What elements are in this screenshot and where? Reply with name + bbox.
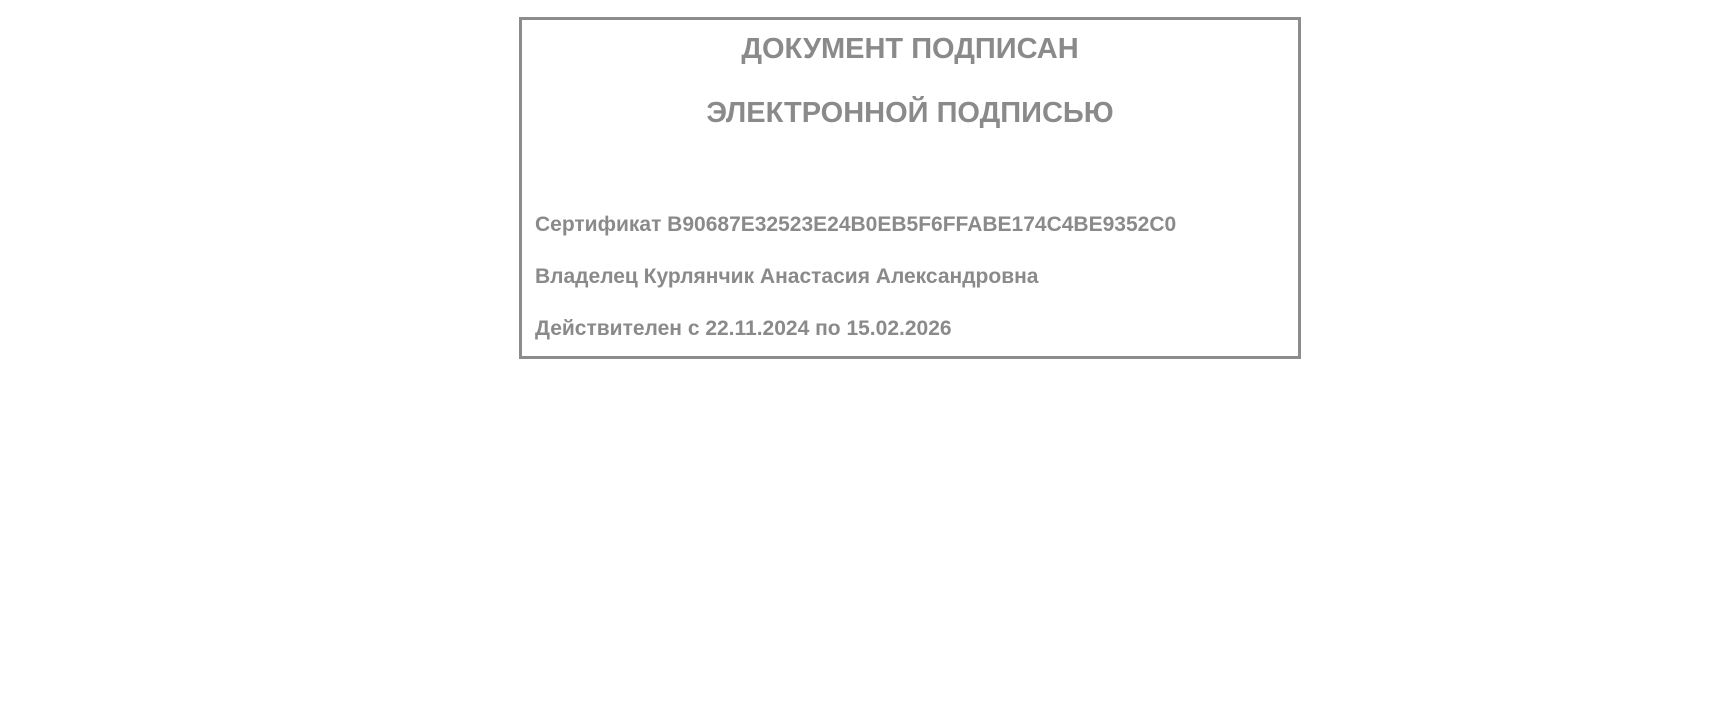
stamp-title-line-2: ЭЛЕКТРОННОЙ ПОДПИСЬЮ	[522, 97, 1298, 130]
certificate-owner: Владелец Курлянчик Анастасия Александров…	[535, 265, 1038, 289]
stamp-title-line-1: ДОКУМЕНТ ПОДПИСАН	[522, 33, 1298, 66]
certificate-number: Сертификат B90687E32523E24B0EB5F6FFABE17…	[535, 213, 1176, 237]
electronic-signature-stamp: ДОКУМЕНТ ПОДПИСАН ЭЛЕКТРОННОЙ ПОДПИСЬЮ С…	[519, 17, 1301, 359]
certificate-validity: Действителен с 22.11.2024 по 15.02.2026	[535, 317, 952, 341]
